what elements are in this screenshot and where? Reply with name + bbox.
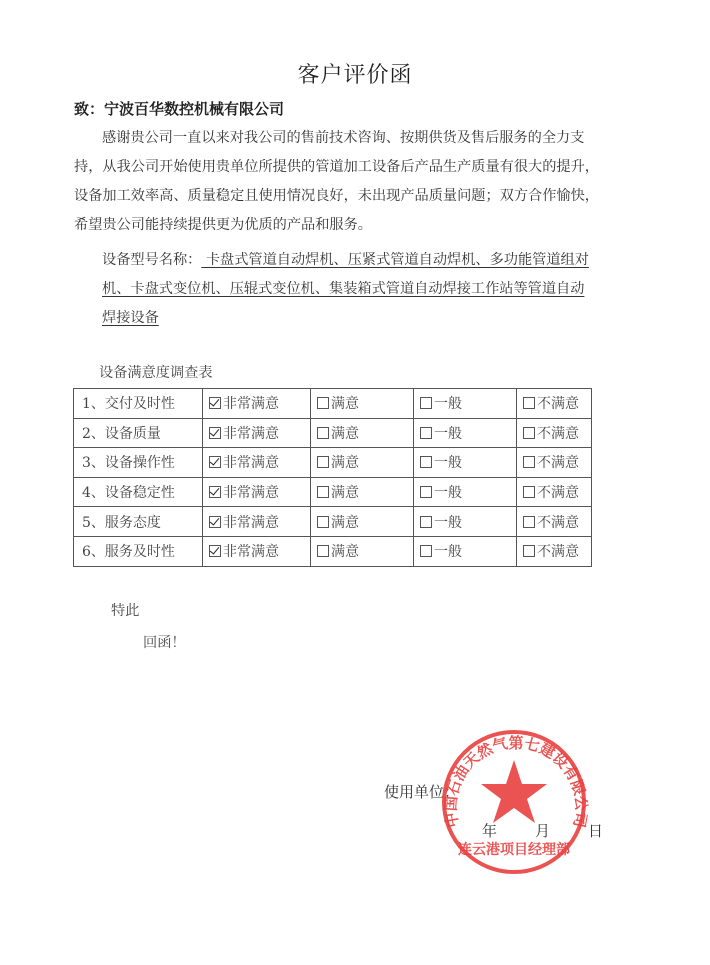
survey-item: 6、服务及时性 bbox=[74, 536, 203, 566]
checkbox-icon[interactable] bbox=[420, 545, 432, 557]
body-paragraph: 感谢贵公司一直以来对我公司的售前技术咨询、按期供货及售后服务的全力支 持，从我公… bbox=[74, 124, 614, 240]
table-row: 4、设备稳定性非常满意满意一般不满意 bbox=[74, 477, 592, 507]
survey-option[interactable]: 非常满意 bbox=[203, 536, 311, 566]
option-label: 满意 bbox=[331, 396, 359, 412]
option-label: 一般 bbox=[434, 515, 462, 531]
survey-option[interactable]: 一般 bbox=[414, 536, 517, 566]
option-label: 不满意 bbox=[537, 485, 579, 501]
survey-option[interactable]: 不满意 bbox=[517, 448, 592, 478]
paragraph-line: 希望贵公司能持续提供更为优质的产品和服务。 bbox=[74, 211, 614, 240]
checkbox-icon[interactable] bbox=[317, 516, 329, 528]
survey-option[interactable]: 一般 bbox=[414, 418, 517, 448]
option-label: 不满意 bbox=[537, 455, 579, 471]
option-label: 一般 bbox=[434, 396, 462, 412]
equipment-names: 卡盘式管道自动焊机、压紧式管道自动焊机、多功能管道组对 bbox=[201, 252, 589, 268]
closing-line: 特此 bbox=[111, 600, 139, 620]
document-title: 客户评价函 bbox=[0, 58, 710, 89]
survey-item: 1、交付及时性 bbox=[74, 389, 203, 419]
checkbox-icon[interactable] bbox=[523, 397, 535, 409]
option-label: 非常满意 bbox=[223, 544, 279, 560]
survey-option[interactable]: 非常满意 bbox=[203, 448, 311, 478]
survey-option[interactable]: 满意 bbox=[311, 418, 414, 448]
option-label: 不满意 bbox=[537, 426, 579, 442]
option-label: 满意 bbox=[331, 515, 359, 531]
checkbox-icon[interactable] bbox=[317, 397, 329, 409]
checked-box-icon[interactable] bbox=[209, 516, 221, 528]
paragraph-line: 感谢贵公司一直以来对我公司的售前技术咨询、按期供货及售后服务的全力支 bbox=[74, 124, 614, 153]
seal-icon: 中国石油天然气第七建设有限公司 连云港项目经理部 bbox=[440, 722, 590, 882]
checkbox-icon[interactable] bbox=[317, 486, 329, 498]
equipment-section: 设备型号名称： 卡盘式管道自动焊机、压紧式管道自动焊机、多功能管道组对 机、卡盘… bbox=[102, 246, 614, 333]
checkbox-icon[interactable] bbox=[523, 486, 535, 498]
option-label: 非常满意 bbox=[223, 396, 279, 412]
option-label: 满意 bbox=[331, 485, 359, 501]
checkbox-icon[interactable] bbox=[523, 427, 535, 439]
checkbox-icon[interactable] bbox=[523, 545, 535, 557]
survey-option[interactable]: 不满意 bbox=[517, 389, 592, 419]
option-label: 一般 bbox=[434, 485, 462, 501]
equipment-names: 机、卡盘式变位机、压辊式变位机、集装箱式管道自动焊接工作站等管道自动 bbox=[102, 275, 614, 304]
survey-option[interactable]: 满意 bbox=[311, 507, 414, 537]
paragraph-line: 持，从我公司开始使用贵单位所提供的管道加工设备后产品生产质量有很大的提升， bbox=[74, 153, 614, 182]
survey-item: 2、设备质量 bbox=[74, 418, 203, 448]
option-label: 非常满意 bbox=[223, 426, 279, 442]
survey-option[interactable]: 一般 bbox=[414, 389, 517, 419]
checked-box-icon[interactable] bbox=[209, 486, 221, 498]
closing-reply: 回函！ bbox=[143, 632, 186, 652]
checked-box-icon[interactable] bbox=[209, 397, 221, 409]
survey-option[interactable]: 不满意 bbox=[517, 418, 592, 448]
option-label: 非常满意 bbox=[223, 485, 279, 501]
survey-option[interactable]: 满意 bbox=[311, 536, 414, 566]
table-row: 3、设备操作性非常满意满意一般不满意 bbox=[74, 448, 592, 478]
survey-option[interactable]: 非常满意 bbox=[203, 477, 311, 507]
survey-option[interactable]: 非常满意 bbox=[203, 507, 311, 537]
svg-text:连云港项目经理部: 连云港项目经理部 bbox=[458, 841, 570, 858]
survey-option[interactable]: 一般 bbox=[414, 507, 517, 537]
option-label: 一般 bbox=[434, 455, 462, 471]
survey-option[interactable]: 一般 bbox=[414, 448, 517, 478]
checkbox-icon[interactable] bbox=[420, 516, 432, 528]
option-label: 满意 bbox=[331, 455, 359, 471]
checkbox-icon[interactable] bbox=[420, 397, 432, 409]
survey-option[interactable]: 满意 bbox=[311, 389, 414, 419]
survey-item: 3、设备操作性 bbox=[74, 448, 203, 478]
checkbox-icon[interactable] bbox=[317, 456, 329, 468]
recipient: 致：宁波百华数控机械有限公司 bbox=[74, 98, 284, 119]
star-icon bbox=[481, 760, 547, 823]
equipment-label: 设备型号名称： bbox=[102, 252, 201, 268]
checkbox-icon[interactable] bbox=[523, 516, 535, 528]
checked-box-icon[interactable] bbox=[209, 427, 221, 439]
satisfaction-table: 1、交付及时性非常满意满意一般不满意2、设备质量非常满意满意一般不满意3、设备操… bbox=[73, 388, 592, 567]
option-label: 非常满意 bbox=[223, 455, 279, 471]
checked-box-icon[interactable] bbox=[209, 545, 221, 557]
option-label: 满意 bbox=[331, 544, 359, 560]
checkbox-icon[interactable] bbox=[317, 427, 329, 439]
option-label: 满意 bbox=[331, 426, 359, 442]
survey-option[interactable]: 一般 bbox=[414, 477, 517, 507]
survey-option[interactable]: 不满意 bbox=[517, 477, 592, 507]
checkbox-icon[interactable] bbox=[317, 545, 329, 557]
checked-box-icon[interactable] bbox=[209, 456, 221, 468]
survey-option[interactable]: 非常满意 bbox=[203, 389, 311, 419]
option-label: 不满意 bbox=[537, 515, 579, 531]
survey-caption: 设备满意度调查表 bbox=[99, 362, 213, 382]
survey-item: 4、设备稳定性 bbox=[74, 477, 203, 507]
table-row: 2、设备质量非常满意满意一般不满意 bbox=[74, 418, 592, 448]
table-row: 6、服务及时性非常满意满意一般不满意 bbox=[74, 536, 592, 566]
table-row: 5、服务态度非常满意满意一般不满意 bbox=[74, 507, 592, 537]
survey-option[interactable]: 不满意 bbox=[517, 536, 592, 566]
option-label: 一般 bbox=[434, 426, 462, 442]
option-label: 一般 bbox=[434, 544, 462, 560]
survey-item: 5、服务态度 bbox=[74, 507, 203, 537]
option-label: 非常满意 bbox=[223, 515, 279, 531]
survey-option[interactable]: 满意 bbox=[311, 477, 414, 507]
date-day: 日 bbox=[588, 820, 603, 841]
survey-option[interactable]: 不满意 bbox=[517, 507, 592, 537]
equipment-names: 焊接设备 bbox=[102, 310, 159, 326]
table-row: 1、交付及时性非常满意满意一般不满意 bbox=[74, 389, 592, 419]
option-label: 不满意 bbox=[537, 544, 579, 560]
checkbox-icon[interactable] bbox=[420, 427, 432, 439]
option-label: 不满意 bbox=[537, 396, 579, 412]
paragraph-line: 设备加工效率高、质量稳定且使用情况良好，未出现产品质量问题；双方合作愉快， bbox=[74, 182, 614, 211]
survey-option[interactable]: 非常满意 bbox=[203, 418, 311, 448]
survey-option[interactable]: 满意 bbox=[311, 448, 414, 478]
checkbox-icon[interactable] bbox=[420, 456, 432, 468]
company-seal: 中国石油天然气第七建设有限公司 连云港项目经理部 bbox=[440, 722, 590, 882]
checkbox-icon[interactable] bbox=[420, 486, 432, 498]
checkbox-icon[interactable] bbox=[523, 456, 535, 468]
